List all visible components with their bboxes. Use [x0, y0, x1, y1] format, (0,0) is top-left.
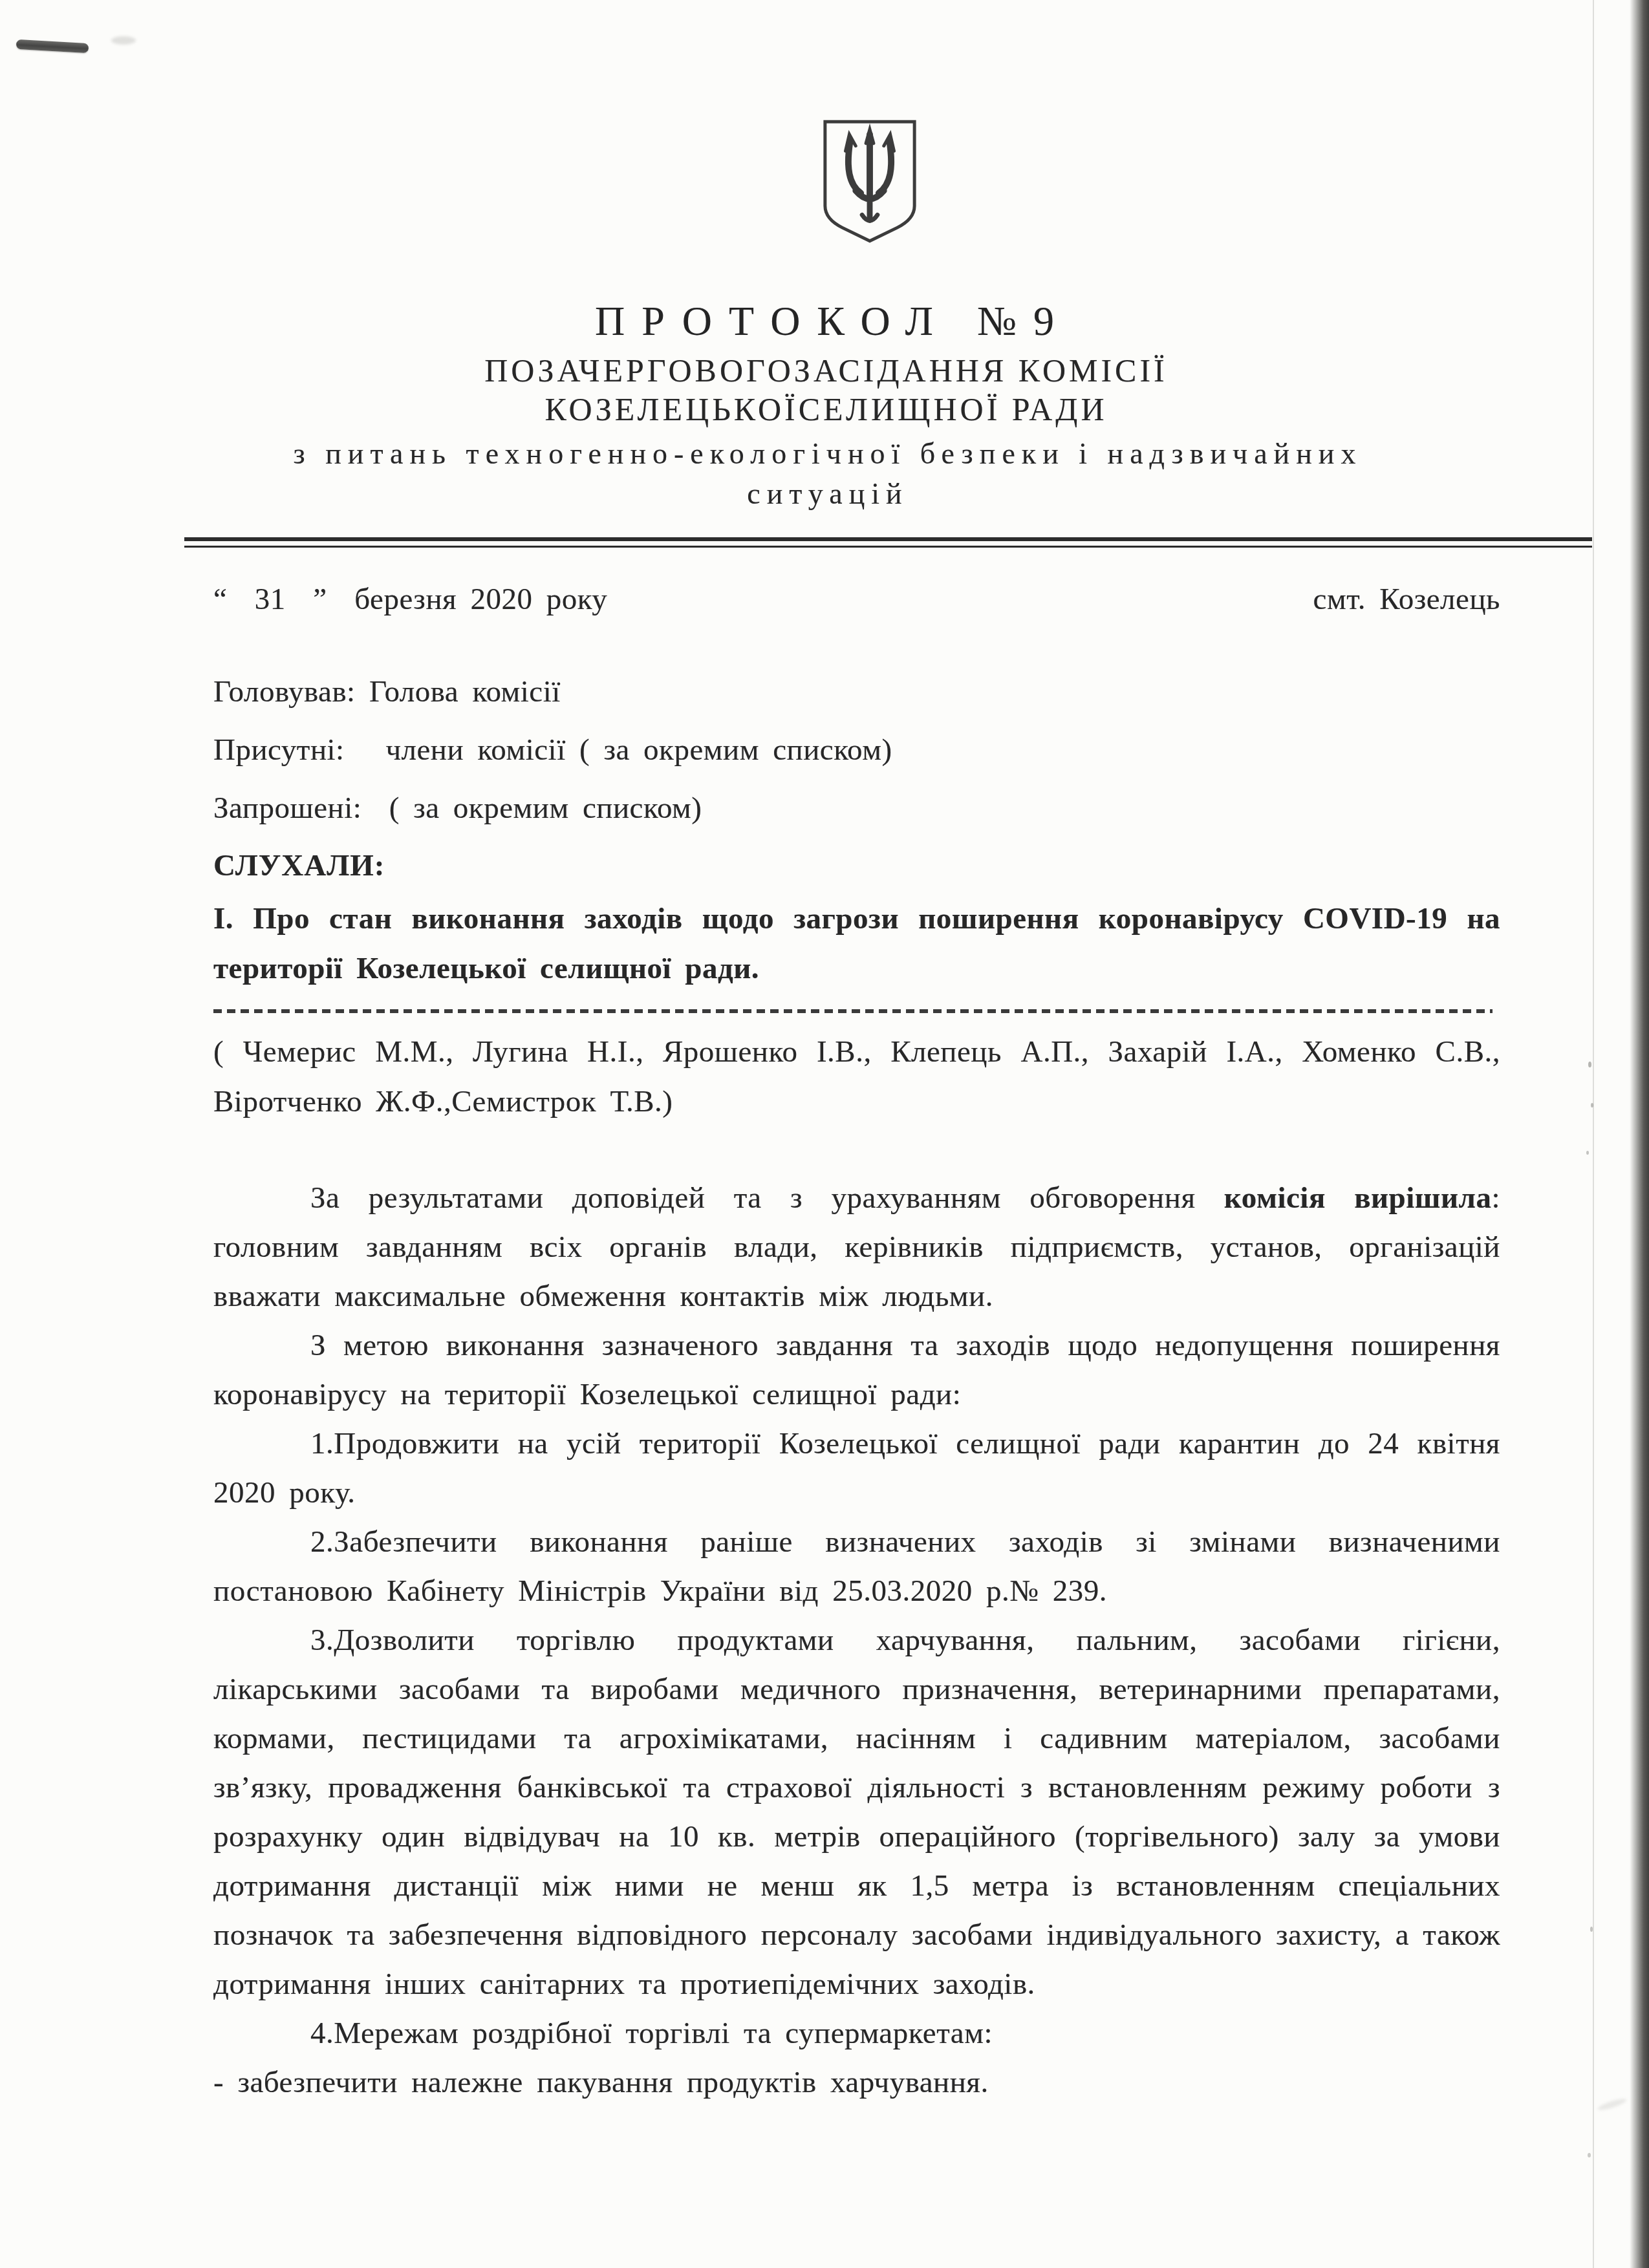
coat-of-arms-trident-icon — [819, 118, 921, 246]
scan-fold-line — [1593, 0, 1594, 2268]
body-paragraph: 2.Забезпечити виконання раніше визначени… — [213, 1517, 1500, 1616]
resolution-paragraph: За результатами доповідей та з урахуванн… — [213, 1173, 1500, 1321]
scan-speck — [1590, 1927, 1593, 1932]
speakers-line: ( Чемерис М.М., Лугина Н.І., Ярошенко І.… — [213, 1027, 1500, 1127]
double-rule-divider — [184, 537, 1592, 548]
present-line: Присутні: члени комісії ( за окремим спи… — [213, 721, 1500, 779]
document-subtitle-commission-scope-2: ситуацій — [0, 474, 1649, 514]
document-subtitle-session: ПОЗАЧЕРГОВОГОЗАСІДАННЯ КОМІСІЇ — [0, 351, 1649, 390]
page-edge-shadow — [1630, 0, 1649, 2268]
body-paragraph: 1.Продовжити на усій території Козелецьк… — [213, 1419, 1500, 1517]
invited-line: Запрошені: ( за окремим списком) — [213, 779, 1500, 837]
scan-artifact-smudge — [1597, 2097, 1628, 2112]
body-paragraph: - забезпечити належне пакування продукті… — [213, 2058, 1500, 2107]
heard-heading: СЛУХАЛИ: — [213, 837, 1500, 894]
agenda-item: І. Про стан виконання заходів щодо загро… — [213, 894, 1500, 994]
date-value: “ 31 ” березня 2020 року — [213, 581, 607, 617]
scanned-document-page: ПРОТОКОЛ №9 ПОЗАЧЕРГОВОГОЗАСІДАННЯ КОМІС… — [0, 0, 1649, 2268]
scan-speck — [1591, 1103, 1593, 1107]
document-header: ПРОТОКОЛ №9 ПОЗАЧЕРГОВОГОЗАСІДАННЯ КОМІС… — [0, 0, 1649, 514]
scan-artifact-smudge — [111, 36, 136, 45]
body-paragraph: 3.Дозволити торгівлю продуктами харчуван… — [213, 1616, 1500, 2009]
resolution-bold: комісія вирішила — [1224, 1181, 1492, 1215]
scan-speck — [1586, 1151, 1589, 1155]
dashed-divider — [213, 1009, 1493, 1013]
body-paragraph: З метою виконання зазначеного завдання т… — [213, 1321, 1500, 1419]
date-place-line: “ 31 ” березня 2020 року смт. Козелець — [213, 581, 1500, 617]
chairman-line: Головував: Голова комісії — [213, 663, 1500, 721]
document-title: ПРОТОКОЛ №9 — [0, 299, 1649, 343]
body-paragraph: 4.Мережам роздрібної торгівлі та суперма… — [213, 2009, 1500, 2058]
meta-block: Головував: Голова комісії Присутні: член… — [213, 663, 1500, 837]
document-subtitle-council: КОЗЕЛЕЦЬКОЇСЕЛИЩНОЇ РАДИ — [0, 390, 1649, 429]
place-value: смт. Козелець — [1313, 581, 1500, 617]
scan-speck — [1588, 2153, 1591, 2157]
resolution-intro: За результатами доповідей та з урахуванн… — [310, 1181, 1224, 1215]
document-subtitle-commission-scope: з питань техногенно-екологічної безпеки … — [0, 434, 1649, 474]
scan-speck — [1588, 1062, 1591, 1067]
document-body: “ 31 ” березня 2020 року смт. Козелець Г… — [213, 581, 1500, 2107]
